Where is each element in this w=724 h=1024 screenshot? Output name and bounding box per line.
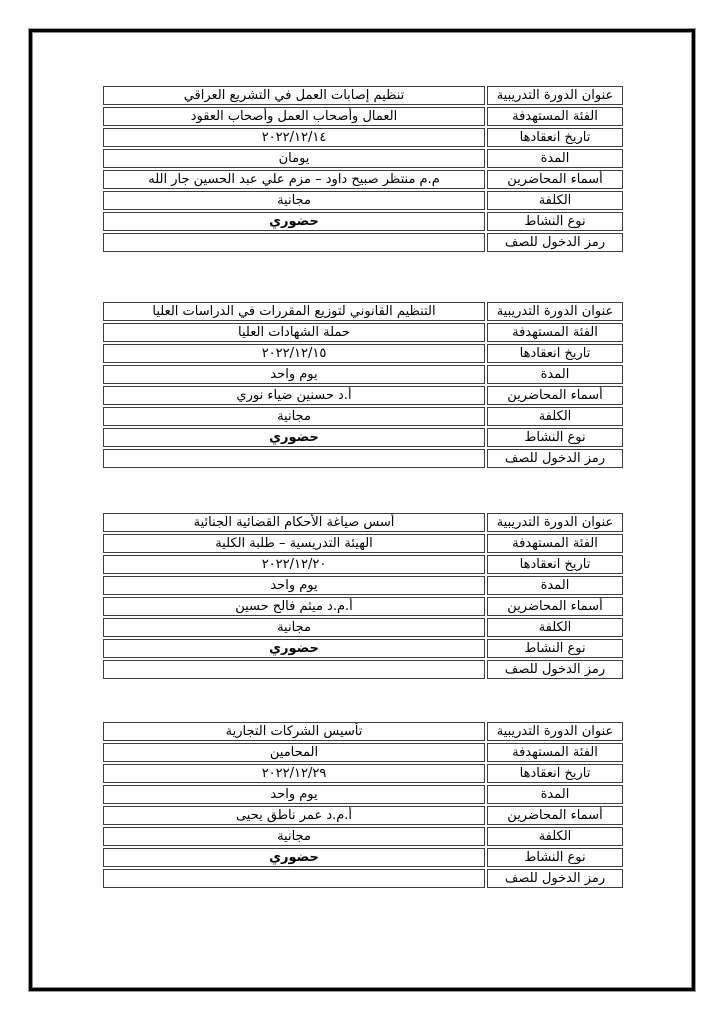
activity-type-label: نوع النشاط (487, 639, 623, 658)
activity-type-label: نوع النشاط (487, 428, 623, 447)
class-code-value (103, 660, 485, 679)
date-value: ٢٠٢٢/١٢/١٥ (103, 344, 485, 363)
class-code-value (103, 233, 485, 252)
class-code-value (103, 869, 485, 888)
table-row: نوع النشاطحضوري (103, 428, 623, 447)
date-value: ٢٠٢٢/١٢/٢٠ (103, 555, 485, 574)
duration-label: المدة (487, 785, 623, 804)
date-label: تاريخ انعقادها (487, 764, 623, 783)
table-row: الكلفةمجانية (103, 827, 623, 846)
table-row: نوع النشاطحضوري (103, 212, 623, 231)
lecturers-label: أسماء المحاضرين (487, 170, 623, 189)
table-row: الكلفةمجانية (103, 407, 623, 426)
activity-type-value: حضوري (103, 212, 485, 231)
target-group-label: الفئة المستهدفة (487, 323, 623, 342)
table-row: تاريخ انعقادها٢٠٢٢/١٢/٢٩ (103, 764, 623, 783)
course-table-3: عنوان الدورة التدريبيةأسس صياغة الأحكام … (101, 511, 625, 681)
course-title-label: عنوان الدورة التدريبية (487, 513, 623, 532)
target-group-label: الفئة المستهدفة (487, 534, 623, 553)
table-row: أسماء المحاضرينم.م منتظر صبيح داود – مزم… (103, 170, 623, 189)
date-label: تاريخ انعقادها (487, 128, 623, 147)
course-title-value: تنظيم إصابات العمل في التشريع العراقي (103, 86, 485, 105)
table-row: عنوان الدورة التدريبيةتأسيس الشركات التج… (103, 722, 623, 741)
table-row: المدةيوم واحد (103, 576, 623, 595)
lecturers-value: أ.م.د عمر ناطق يحيى (103, 806, 485, 825)
duration-value: يوم واحد (103, 785, 485, 804)
course-table-1: عنوان الدورة التدريبيةتنظيم إصابات العمل… (101, 84, 625, 254)
table-row: رمز الدخول للصف (103, 449, 623, 468)
table-row: الفئة المستهدفةالهيئة التدريسية – طلبة ا… (103, 534, 623, 553)
table-row: تاريخ انعقادها٢٠٢٢/١٢/١٤ (103, 128, 623, 147)
table-row: أسماء المحاضرينأ.م.د عمر ناطق يحيى (103, 806, 623, 825)
cost-label: الكلفة (487, 827, 623, 846)
course-table-4: عنوان الدورة التدريبيةتأسيس الشركات التج… (101, 720, 625, 890)
course-table-2: عنوان الدورة التدريبيةالتنظيم القانوني ل… (101, 300, 625, 470)
class-code-label: رمز الدخول للصف (487, 869, 623, 888)
target-group-value: الهيئة التدريسية – طلبة الكلية (103, 534, 485, 553)
table-row: المدةيوم واحد (103, 365, 623, 384)
target-group-value: المحامين (103, 743, 485, 762)
course-title-label: عنوان الدورة التدريبية (487, 302, 623, 321)
activity-type-value: حضوري (103, 639, 485, 658)
table-row: أسماء المحاضرينأ.د حسنين ضياء نوري (103, 386, 623, 405)
table-row: المدةيوم واحد (103, 785, 623, 804)
class-code-label: رمز الدخول للصف (487, 660, 623, 679)
course-title-value: التنظيم القانوني لتوزيع المقررات في الدر… (103, 302, 485, 321)
table-row: أسماء المحاضرينأ.م.د ميثم فالح حسين (103, 597, 623, 616)
table-row: تاريخ انعقادها٢٠٢٢/١٢/١٥ (103, 344, 623, 363)
activity-type-label: نوع النشاط (487, 848, 623, 867)
target-group-label: الفئة المستهدفة (487, 743, 623, 762)
table-row: تاريخ انعقادها٢٠٢٢/١٢/٢٠ (103, 555, 623, 574)
lecturers-value: أ.د حسنين ضياء نوري (103, 386, 485, 405)
course-title-value: أسس صياغة الأحكام القضائية الجنائية (103, 513, 485, 532)
table-row: رمز الدخول للصف (103, 233, 623, 252)
date-label: تاريخ انعقادها (487, 555, 623, 574)
table-row: نوع النشاطحضوري (103, 848, 623, 867)
table-row: الفئة المستهدفةحملة الشهادات العليا (103, 323, 623, 342)
date-value: ٢٠٢٢/١٢/٢٩ (103, 764, 485, 783)
table-row: رمز الدخول للصف (103, 660, 623, 679)
lecturers-label: أسماء المحاضرين (487, 597, 623, 616)
table-row: رمز الدخول للصف (103, 869, 623, 888)
course-title-value: تأسيس الشركات التجارية (103, 722, 485, 741)
date-label: تاريخ انعقادها (487, 344, 623, 363)
lecturers-label: أسماء المحاضرين (487, 386, 623, 405)
duration-value: يوم واحد (103, 365, 485, 384)
cost-value: مجانية (103, 827, 485, 846)
target-group-label: الفئة المستهدفة (487, 107, 623, 126)
course-title-label: عنوان الدورة التدريبية (487, 722, 623, 741)
document-page: { "page": { "colors": { "frame_black": "… (0, 0, 724, 1024)
date-value: ٢٠٢٢/١٢/١٤ (103, 128, 485, 147)
table-row: الفئة المستهدفةالمحامين (103, 743, 623, 762)
lecturers-value: أ.م.د ميثم فالح حسين (103, 597, 485, 616)
cost-label: الكلفة (487, 618, 623, 637)
activity-type-label: نوع النشاط (487, 212, 623, 231)
cost-value: مجانية (103, 191, 485, 210)
activity-type-value: حضوري (103, 848, 485, 867)
table-row: الكلفةمجانية (103, 191, 623, 210)
table-row: الفئة المستهدفةالعمال وأصحاب العمل وأصحا… (103, 107, 623, 126)
duration-label: المدة (487, 576, 623, 595)
cost-value: مجانية (103, 618, 485, 637)
class-code-label: رمز الدخول للصف (487, 449, 623, 468)
duration-value: يومان (103, 149, 485, 168)
table-row: عنوان الدورة التدريبيةأسس صياغة الأحكام … (103, 513, 623, 532)
class-code-value (103, 449, 485, 468)
lecturers-label: أسماء المحاضرين (487, 806, 623, 825)
lecturers-value: م.م منتظر صبيح داود – مزم علي عبد الحسين… (103, 170, 485, 189)
table-row: الكلفةمجانية (103, 618, 623, 637)
duration-label: المدة (487, 365, 623, 384)
cost-value: مجانية (103, 407, 485, 426)
cost-label: الكلفة (487, 191, 623, 210)
target-group-value: حملة الشهادات العليا (103, 323, 485, 342)
table-row: المدةيومان (103, 149, 623, 168)
class-code-label: رمز الدخول للصف (487, 233, 623, 252)
duration-value: يوم واحد (103, 576, 485, 595)
table-row: عنوان الدورة التدريبيةالتنظيم القانوني ل… (103, 302, 623, 321)
table-row: عنوان الدورة التدريبيةتنظيم إصابات العمل… (103, 86, 623, 105)
table-row: نوع النشاطحضوري (103, 639, 623, 658)
target-group-value: العمال وأصحاب العمل وأصحاب العقود (103, 107, 485, 126)
course-title-label: عنوان الدورة التدريبية (487, 86, 623, 105)
cost-label: الكلفة (487, 407, 623, 426)
activity-type-value: حضوري (103, 428, 485, 447)
duration-label: المدة (487, 149, 623, 168)
